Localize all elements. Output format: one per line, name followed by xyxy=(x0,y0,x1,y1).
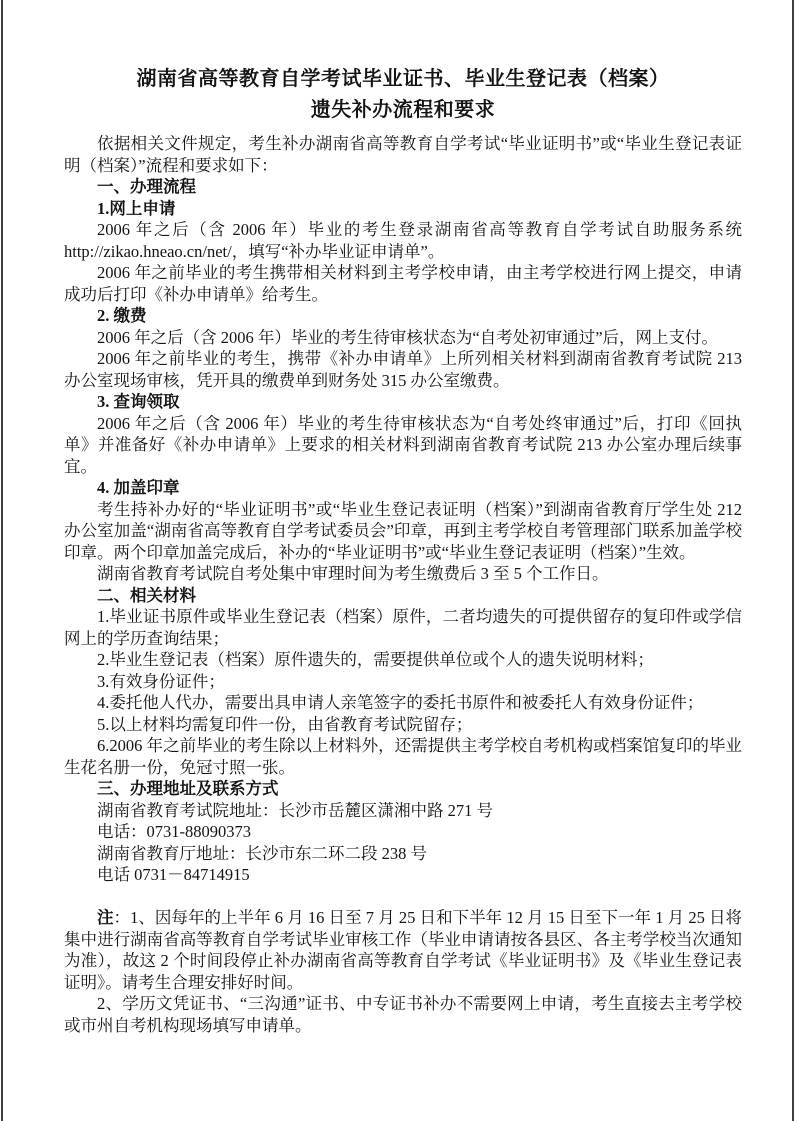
step-2-paragraph-before-2006: 2006 年之前毕业的考生，携带《补办申请单》上所列相关材料到湖南省教育考试院 … xyxy=(64,348,742,391)
blank-line xyxy=(64,886,742,908)
step-4-heading: 4. 加盖印章 xyxy=(64,477,742,499)
step-1-paragraph-after-2006: 2006 年之后（含 2006 年）毕业的考生登录湖南省高等教育自学考试自助服务… xyxy=(64,219,742,262)
step-4-paragraph: 考生持补办好的“毕业证明书”或“毕业生登记表证明（档案）”到湖南省教育厅学生处 … xyxy=(64,499,742,564)
material-item-3: 3.有效身份证件； xyxy=(64,671,742,693)
material-item-5: 5.以上材料均需复印件一份，由省教育考试院留存； xyxy=(64,714,742,736)
document-page: 湖南省高等教育自学考试毕业证书、毕业生登记表（档案） 遗失补办流程和要求 依据相… xyxy=(0,0,795,1121)
document-title-line-2: 遗失补办流程和要求 xyxy=(64,95,742,126)
exam-institute-phone: 电话：0731-88090373 xyxy=(64,821,742,843)
material-item-4: 4.委托他人代办，需要出具申请人亲笔签字的委托书原件和被委托人有效身份证件； xyxy=(64,692,742,714)
note-paragraph-1: 注：1、因每年的上半年 6 月 16 日至 7 月 25 日和下半年 12 月 … xyxy=(64,907,742,993)
step-3-heading: 3. 查询领取 xyxy=(64,391,742,413)
note-paragraph-2: 2、学历文凭证书、“三沟通”证书、中专证书补办不需要网上申请，考生直接去主考学校… xyxy=(64,993,742,1036)
section-2-title: 二、相关材料 xyxy=(64,585,742,607)
section-1-title: 一、办理流程 xyxy=(64,176,742,198)
step-2-heading: 2. 缴费 xyxy=(64,305,742,327)
material-item-6: 6.2006 年之前毕业的考生除以上材料外，还需提供主考学校自考机构或档案馆复印… xyxy=(64,735,742,778)
step-3-paragraph: 2006 年之后（含 2006 年）毕业的考生待审核状态为“自考处终审通过”后，… xyxy=(64,413,742,478)
document-content: 湖南省高等教育自学考试毕业证书、毕业生登记表（档案） 遗失补办流程和要求 依据相… xyxy=(64,64,742,1036)
document-title-line-1: 湖南省高等教育自学考试毕业证书、毕业生登记表（档案） xyxy=(64,64,742,95)
document-body: 依据相关文件规定，考生补办湖南省高等教育自学考试“毕业证明书”或“毕业生登记表证… xyxy=(64,133,742,1036)
education-dept-address: 湖南省教育厅地址：长沙市东二环二段 238 号 xyxy=(64,843,742,865)
page-edge-left xyxy=(1,0,3,1121)
material-item-1: 1.毕业证书原件或毕业生登记表（档案）原件，二者均遗失的可提供留存的复印件或学信… xyxy=(64,606,742,649)
material-item-2: 2.毕业生登记表（档案）原件遗失的，需要提供单位或个人的遗失说明材料； xyxy=(64,649,742,671)
step-1-heading: 1.网上申请 xyxy=(64,198,742,220)
document-title: 湖南省高等教育自学考试毕业证书、毕业生登记表（档案） 遗失补办流程和要求 xyxy=(64,64,742,126)
exam-institute-address: 湖南省教育考试院地址：长沙市岳麓区潇湘中路 271 号 xyxy=(64,800,742,822)
step-2-paragraph-after-2006: 2006 年之后（含 2006 年）毕业的考生待审核状态为“自考处初审通过”后，… xyxy=(64,327,742,349)
page-edge-right xyxy=(792,0,794,1121)
note-paragraph-1-bold-prefix: 注 xyxy=(97,908,114,927)
processing-time-paragraph: 湖南省教育考试院自考处集中审理时间为考生缴费后 3 至 5 个工作日。 xyxy=(64,563,742,585)
step-1-paragraph-before-2006: 2006 年之前毕业的考生携带相关材料到主考学校申请，由主考学校进行网上提交，申… xyxy=(64,262,742,305)
section-3-title: 三、办理地址及联系方式 xyxy=(64,778,742,800)
intro-paragraph: 依据相关文件规定，考生补办湖南省高等教育自学考试“毕业证明书”或“毕业生登记表证… xyxy=(64,133,742,176)
education-dept-phone: 电话 0731－84714915 xyxy=(64,864,742,886)
